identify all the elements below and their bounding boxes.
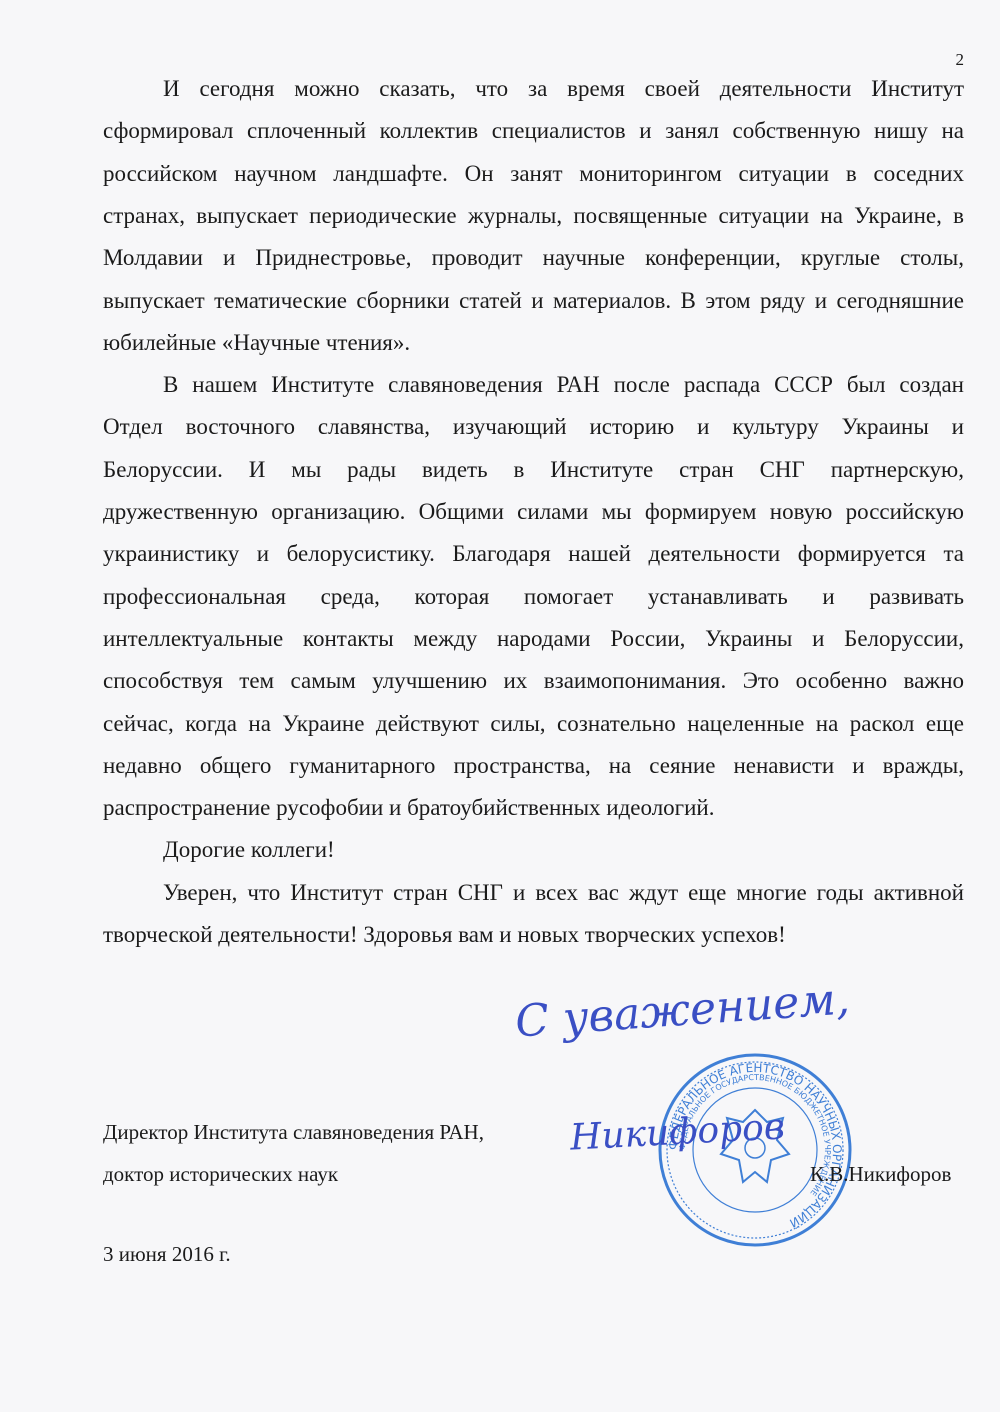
text-line: юбилейные «Научные чтения». (103, 329, 964, 357)
text-line: странах, выпускает периодические журналы… (103, 202, 964, 230)
text-line: способствуя тем самым улучшению их взаим… (103, 667, 964, 695)
text-line: творческой деятельности! Здоровья вам и … (103, 921, 964, 949)
text-line: дружественную организацию. Общими силами… (103, 498, 964, 526)
text-line: недавно общего гуманитарного пространств… (103, 752, 964, 780)
position-line-2: доктор исторических наук (103, 1162, 338, 1187)
page-number: 2 (956, 50, 965, 70)
text-line: Отдел восточного славянства, изучающий и… (103, 413, 964, 441)
text-line: распространение русофобии и братоубийств… (103, 794, 964, 822)
text-line: сейчас, когда на Украине действуют силы,… (103, 710, 964, 738)
text-line: профессиональная среда, которая помогает… (103, 583, 964, 611)
text-line: украинистику и белорусистику. Благодаря … (103, 540, 964, 568)
text-line: Дорогие коллеги! (163, 836, 964, 864)
text-line: В нашем Институте славяноведения РАН пос… (163, 371, 964, 399)
text-line: сформировал сплоченный коллектив специал… (103, 117, 964, 145)
text-line: российском научном ландшафте. Он занят м… (103, 160, 964, 188)
position-line-1: Директор Института славяноведения РАН, (103, 1120, 484, 1145)
signatory-name: К.В.Никифоров (810, 1162, 951, 1187)
letter-date: 3 июня 2016 г. (103, 1242, 231, 1267)
text-line: Уверен, что Институт стран СНГ и всех ва… (163, 879, 964, 907)
text-line: интеллектуальные контакты между народами… (103, 625, 964, 653)
text-line: И сегодня можно сказать, что за время св… (163, 75, 964, 103)
text-line: Молдавии и Приднестровье, проводит научн… (103, 244, 964, 272)
text-line: выпускает тематические сборники статей и… (103, 287, 964, 315)
handwritten-regards: С уважением, (514, 973, 852, 1047)
text-line: Белоруссии. И мы рады видеть в Институте… (103, 456, 964, 484)
